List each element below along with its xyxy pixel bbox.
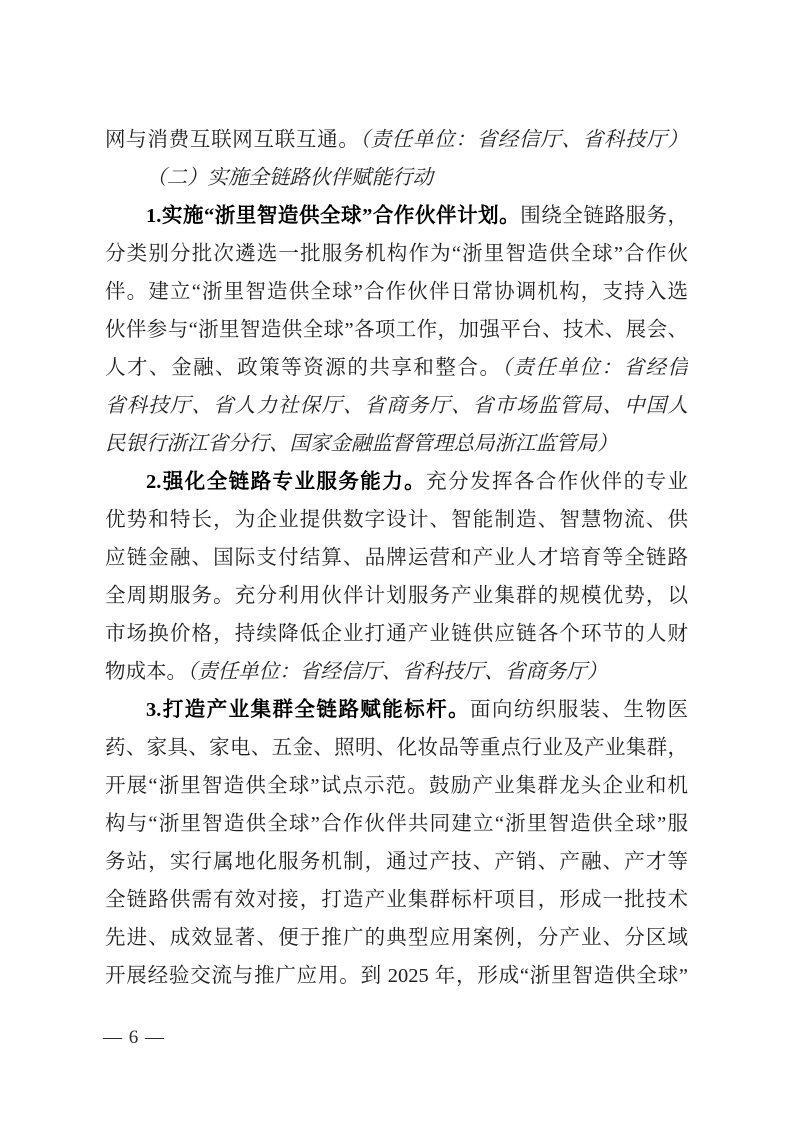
text-line: 省科技厅、省人力社保厅、省商务厅、省市场监管局、中国人 bbox=[105, 387, 688, 425]
text-segment: 优势和特长，为企业提供数字设计、智能制造、智慧物流、供 bbox=[105, 509, 688, 531]
text-segment: 网与消费互联网互联互通。 bbox=[105, 129, 360, 151]
text-line: 2.强化全链路专业服务能力。充分发挥各合作伙伴的专业 bbox=[105, 463, 688, 501]
text-line: 伴。建立“浙里智造供全球”合作伙伴日常协调机构，支持入选 bbox=[105, 273, 688, 311]
text-line: 先进、成效显著、便于推广的典型应用案例，分产业、分区域 bbox=[105, 919, 688, 957]
text-segment: （责任单位：省经信厅、省科技厅） bbox=[360, 129, 688, 151]
text-segment: 围绕全链路服务， bbox=[520, 205, 688, 227]
document-body: 网与消费互联网互联互通。（责任单位：省经信厅、省科技厅）（二）实施全链路伙伴赋能… bbox=[105, 121, 688, 995]
text-line: 物成本。（责任单位：省经信厅、省科技厅、省商务厅） bbox=[105, 653, 688, 691]
text-line: 药、家具、家电、五金、照明、化妆品等重点行业及产业集群， bbox=[105, 729, 688, 767]
text-segment: 构与“浙里智造供全球”合作伙伴共同建立“浙里智造供全球”服 bbox=[105, 813, 688, 835]
text-line: 全周期服务。充分利用伙伴计划服务产业集群的规模优势，以 bbox=[105, 577, 688, 615]
text-line: 民银行浙江省分行、国家金融监督管理总局浙江监管局） bbox=[105, 425, 688, 463]
text-segment: 应链金融、国际支付结算、品牌运营和产业人才培育等全链路 bbox=[105, 547, 688, 569]
text-segment: 3.打造产业集群全链路赋能标杆。 bbox=[146, 699, 470, 721]
text-line: 1.实施“浙里智造供全球”合作伙伴计划。围绕全链路服务， bbox=[105, 197, 688, 235]
text-segment: 全周期服务。充分利用伙伴计划服务产业集群的规模优势，以 bbox=[105, 585, 688, 607]
text-segment: 务站，实行属地化服务机制，通过产技、产销、产融、产才等 bbox=[105, 851, 688, 873]
text-line: 构与“浙里智造供全球”合作伙伴共同建立“浙里智造供全球”服 bbox=[105, 805, 688, 843]
text-segment: 先进、成效显著、便于推广的典型应用案例，分产业、分区域 bbox=[105, 927, 688, 949]
text-segment: 伙伴参与“浙里智造供全球”各项工作，加强平台、技术、展会、 bbox=[105, 319, 688, 341]
text-segment: 药、家具、家电、五金、照明、化妆品等重点行业及产业集群， bbox=[105, 737, 688, 759]
text-segment: 开展“浙里智造供全球”试点示范。鼓励产业集群龙头企业和机 bbox=[105, 775, 688, 797]
text-line: 全链路供需有效对接，打造产业集群标杆项目，形成一批技术 bbox=[105, 881, 688, 919]
text-segment: 人才、金融、政策等资源的共享和整合。 bbox=[105, 357, 502, 379]
text-segment: （责任单位：省经信厅、省科技厅、省商务厅） bbox=[187, 661, 607, 683]
text-line: 人才、金融、政策等资源的共享和整合。（责任单位：省经信厅、 bbox=[105, 349, 688, 387]
page-number: — 6 — bbox=[103, 1026, 165, 1050]
text-segment: 伴。建立“浙里智造供全球”合作伙伴日常协调机构，支持入选 bbox=[105, 281, 688, 303]
text-segment: 面向纺织服装、生物医 bbox=[470, 699, 688, 721]
text-segment: 2.强化全链路专业服务能力。 bbox=[146, 471, 426, 493]
text-segment: 充分发挥各合作伙伴的专业 bbox=[426, 471, 688, 493]
text-segment: 省科技厅、省人力社保厅、省商务厅、省市场监管局、中国人 bbox=[105, 395, 688, 417]
document-page: 网与消费互联网互联互通。（责任单位：省经信厅、省科技厅）（二）实施全链路伙伴赋能… bbox=[0, 0, 793, 1122]
text-line: 优势和特长，为企业提供数字设计、智能制造、智慧物流、供 bbox=[105, 501, 688, 539]
text-line: 市场换价格，持续降低企业打通产业链供应链各个环节的人财 bbox=[105, 615, 688, 653]
text-segment: 市场换价格，持续降低企业打通产业链供应链各个环节的人财 bbox=[105, 623, 688, 645]
text-segment: 物成本。 bbox=[105, 661, 187, 683]
text-line: 务站，实行属地化服务机制，通过产技、产销、产融、产才等 bbox=[105, 843, 688, 881]
text-line: （二）实施全链路伙伴赋能行动 bbox=[105, 159, 688, 197]
text-line: 网与消费互联网互联互通。（责任单位：省经信厅、省科技厅） bbox=[105, 121, 688, 159]
text-segment: 全链路供需有效对接，打造产业集群标杆项目，形成一批技术 bbox=[105, 889, 688, 911]
text-line: 开展“浙里智造供全球”试点示范。鼓励产业集群龙头企业和机 bbox=[105, 767, 688, 805]
text-line: 伙伴参与“浙里智造供全球”各项工作，加强平台、技术、展会、 bbox=[105, 311, 688, 349]
text-segment: 1.实施“浙里智造供全球”合作伙伴计划。 bbox=[146, 205, 520, 227]
text-segment: 开展经验交流与推广应用。到 2025 年，形成“浙里智造供全球” bbox=[105, 965, 688, 987]
text-segment: 民银行浙江省分行、国家金融监督管理总局浙江监管局） bbox=[105, 433, 618, 455]
text-line: 3.打造产业集群全链路赋能标杆。面向纺织服装、生物医 bbox=[105, 691, 688, 729]
text-segment: 分类别分批次遴选一批服务机构作为“浙里智造供全球”合作伙 bbox=[105, 243, 688, 265]
text-line: 分类别分批次遴选一批服务机构作为“浙里智造供全球”合作伙 bbox=[105, 235, 688, 273]
text-line: 开展经验交流与推广应用。到 2025 年，形成“浙里智造供全球” bbox=[105, 957, 688, 995]
text-segment: （二）实施全链路伙伴赋能行动 bbox=[146, 167, 433, 189]
text-line: 应链金融、国际支付结算、品牌运营和产业人才培育等全链路 bbox=[105, 539, 688, 577]
